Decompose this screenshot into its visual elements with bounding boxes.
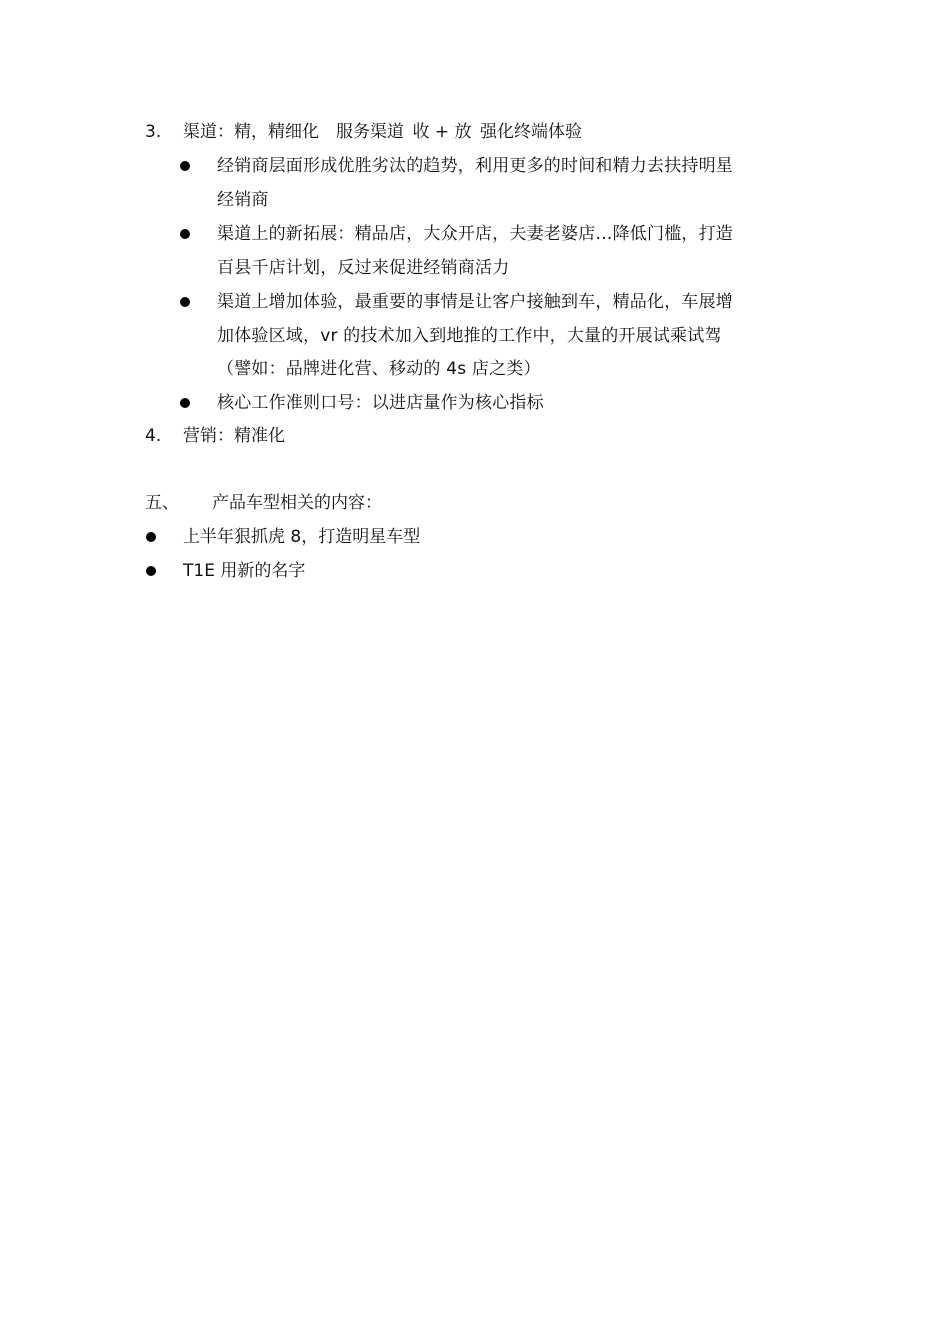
bullet-continuation: 百县千店计划，反过来促进经销商活力 — [0, 257, 950, 279]
bullet-text: 核心工作准则口号：以进店量作为核心指标 — [217, 392, 544, 414]
item-text: 营销：精准化 — [183, 425, 285, 447]
item-number: 3. — [145, 121, 161, 143]
bullet-continuation: 经销商 — [0, 189, 950, 211]
bullet-icon — [146, 532, 156, 542]
section-title: 产品车型相关的内容： — [212, 492, 382, 514]
bullet-continuation: （譬如：品牌进化营、移动的 4s 店之类） — [0, 358, 950, 380]
bullet-item: 上半年狠抓虎 8，打造明星车型 — [0, 526, 950, 548]
bullet-continuation: 加体验区域，vr 的技术加入到地推的工作中，大量的开展试乘试驾 — [0, 325, 950, 347]
section-number: 五、 — [145, 492, 179, 514]
bullet-text: 经销商层面形成优胜劣汰的趋势，利用更多的时间和精力去扶持明星 — [217, 155, 733, 177]
bullet-icon — [180, 398, 190, 408]
bullet-item: T1E 用新的名字 — [0, 560, 950, 582]
item-text: 渠道：精，精细化 服务渠道 收 + 放 强化终端体验 — [183, 121, 582, 143]
bullet-icon — [146, 566, 156, 576]
item-number: 4. — [145, 425, 161, 447]
section-heading: 五、 产品车型相关的内容： — [0, 492, 950, 514]
document-page: 3. 渠道：精，精细化 服务渠道 收 + 放 强化终端体验 经销商层面形成优胜劣… — [0, 0, 950, 1344]
bullet-text: （譬如：品牌进化营、移动的 4s 店之类） — [217, 358, 541, 380]
bullet-item: 经销商层面形成优胜劣汰的趋势，利用更多的时间和精力去扶持明星 — [0, 155, 950, 177]
bullet-icon — [180, 297, 190, 307]
bullet-text: T1E 用新的名字 — [183, 560, 305, 582]
numbered-item-3: 3. 渠道：精，精细化 服务渠道 收 + 放 强化终端体验 — [0, 121, 950, 143]
bullet-text: 加体验区域，vr 的技术加入到地推的工作中，大量的开展试乘试驾 — [217, 325, 722, 347]
bullet-icon — [180, 229, 190, 239]
numbered-item-4: 4. 营销：精准化 — [0, 425, 950, 447]
bullet-text: 渠道上增加体验，最重要的事情是让客户接触到车，精品化，车展增 — [217, 291, 733, 313]
bullet-icon — [180, 161, 190, 171]
bullet-text: 渠道上的新拓展：精品店，大众开店，夫妻老婆店…降低门槛，打造 — [217, 223, 733, 245]
bullet-text: 上半年狠抓虎 8，打造明星车型 — [183, 526, 420, 548]
bullet-text: 百县千店计划，反过来促进经销商活力 — [217, 257, 509, 279]
bullet-item: 渠道上的新拓展：精品店，大众开店，夫妻老婆店…降低门槛，打造 — [0, 223, 950, 245]
bullet-item: 核心工作准则口号：以进店量作为核心指标 — [0, 392, 950, 414]
bullet-item: 渠道上增加体验，最重要的事情是让客户接触到车，精品化，车展增 — [0, 291, 950, 313]
bullet-text: 经销商 — [217, 189, 269, 211]
